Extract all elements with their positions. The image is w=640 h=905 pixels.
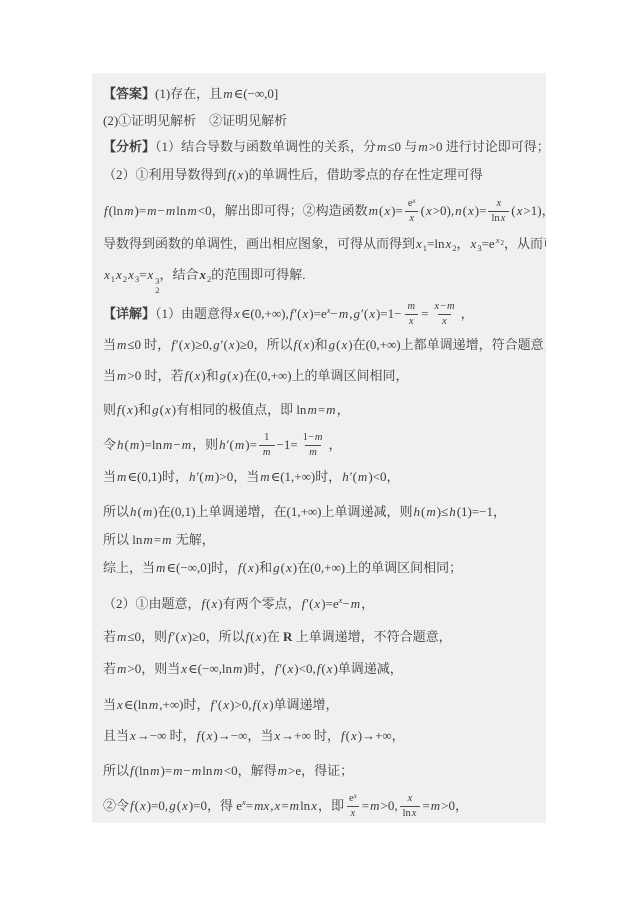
math-var: x (350, 728, 358, 743)
bold-label: 【详解】 (103, 306, 155, 321)
math-var: x (146, 267, 154, 282)
text-run: )在(0,+∞)上都单调递增，符合题意； (348, 337, 546, 352)
text-run: )在(0,+∞)上的单调区间相同； (293, 560, 462, 575)
text-run: ， (337, 402, 350, 417)
math-var: h (448, 504, 457, 519)
math-var: g (328, 337, 337, 352)
text-run: ′( (221, 337, 228, 352)
text-run: ∈(0,+∞), (241, 306, 289, 321)
math-var: m (259, 469, 270, 484)
text-run: )=e (321, 596, 338, 611)
fraction: x−mx (430, 300, 458, 327)
math-var: x (103, 267, 111, 282)
text-run: )在(0,+∞)上的单调区间相同， (239, 368, 408, 383)
math-var: g (272, 560, 281, 575)
fraction-denominator: m (305, 445, 321, 459)
text-run: 且当 (103, 728, 129, 743)
text-run: )≥0，所以 (188, 629, 245, 644)
math-var: m (155, 560, 166, 575)
text-run: <0，解得 (224, 763, 277, 778)
math-var: x (407, 793, 414, 804)
text-run: (ln (109, 203, 123, 218)
math-var: x (116, 697, 124, 712)
math-var: x (496, 198, 503, 209)
math-var: h (129, 504, 138, 519)
text-run: 令 (103, 437, 116, 452)
text-line: 若m≤0，则f′(x)≥0，所以f(x)在 R 上单调递增，不符合题意， (103, 621, 452, 653)
fraction-denominator: x (405, 211, 418, 225)
math-var: x (383, 203, 391, 218)
math-var: m (142, 532, 153, 547)
text-run: ≤0 时， (127, 337, 170, 352)
math-var: m (357, 469, 368, 484)
math-var: m (325, 402, 336, 417)
text-run: )=e (309, 306, 326, 321)
text-run: (2)①证明见解析 ②证明见解析 (103, 113, 287, 128)
fraction: 1−mm (300, 431, 327, 458)
math-var: x (411, 808, 418, 819)
text-run: ②令 (103, 798, 129, 813)
text-run: 综上，当 (103, 560, 155, 575)
math-var: m (181, 437, 192, 452)
math-var: x (183, 337, 191, 352)
math-var: x (500, 213, 507, 224)
text-line: ②令f(x)=0,g(x)=0，得 ex=mx,x=mlnx，即exx=m>0,… (103, 786, 468, 823)
text-run: )<0， (368, 469, 399, 484)
text-run: ′( (279, 661, 286, 676)
text-run: ，从而可得 (504, 236, 546, 251)
math-var: x (467, 203, 475, 218)
document-page: 【答案】(1)存在，且m∈(−∞,0](2)①证明见解析 ②证明见解析【分析】（… (0, 0, 640, 905)
text-run: )单调递增， (269, 697, 338, 712)
math-var: x (228, 337, 236, 352)
bold-label: 【分析】 (103, 139, 155, 154)
text-run: ，结合 (159, 267, 198, 282)
math-var: m (186, 203, 197, 218)
fraction-numerator: ex (405, 197, 419, 210)
text-run: )=0, (147, 798, 168, 813)
text-run: ′( (196, 469, 203, 484)
text-run: )≥0, (191, 337, 212, 352)
text-run: ,+∞)时， (159, 697, 209, 712)
text-run: 1− (303, 432, 314, 443)
fraction: exx (346, 792, 360, 819)
text-run: e (349, 793, 354, 804)
math-var: g (212, 337, 221, 352)
text-run: (ln (135, 763, 149, 778)
math-var: m (148, 697, 159, 712)
text-run: )<0, (294, 661, 315, 676)
math-var: m (277, 763, 288, 778)
text-run: ln (403, 808, 411, 819)
text-run: ， (461, 306, 474, 321)
text-run: >e，得证； (288, 763, 353, 778)
text-run: 1 (264, 432, 269, 443)
text-run: )和 (201, 368, 218, 383)
math-var: x (310, 798, 318, 813)
text-run: )有两个零点， (218, 596, 300, 611)
text-run: )>0, (230, 697, 251, 712)
math-var: m (116, 629, 127, 644)
math-var: m (116, 337, 127, 352)
text-line: 当m>0 时，若f(x)和g(x)在(0,+∞)上的单调区间相同， (103, 360, 409, 392)
text-run: 若 (103, 661, 116, 676)
text-run: , (349, 306, 352, 321)
text-line: 则f(x)和g(x)有相同的极值点，即 lnm=m， (103, 394, 350, 426)
text-run: >0 进行讨论即可得； (429, 139, 546, 154)
text-run: = (422, 798, 429, 813)
text-run: )→−∞，当 (213, 728, 273, 743)
math-var: x (408, 316, 415, 327)
text-run: 无解， (173, 532, 215, 547)
subscript: 1 (111, 274, 115, 284)
text-run: ∈(0,1)时， (127, 469, 188, 484)
text-run: )= (245, 437, 257, 452)
math-var: x (441, 316, 448, 327)
math-var: m (129, 437, 140, 452)
text-run: )≤ (437, 504, 448, 519)
math-var: x (408, 213, 415, 224)
fraction-denominator: x (438, 314, 451, 328)
fraction: 1m (259, 431, 275, 458)
text-line: 所以f(lnm)=m−mlnm<0，解得m>e，得证； (103, 755, 353, 787)
text-run: >0，则当 (127, 661, 180, 676)
text-run: ′( (227, 437, 234, 452)
fraction-denominator: lnx (400, 806, 421, 820)
fraction: exx (405, 197, 419, 224)
math-var: g (168, 798, 177, 813)
fraction-denominator: lnx (488, 211, 509, 225)
math-var: m (430, 798, 441, 813)
text-run: （1）由题意得 (155, 306, 233, 321)
fraction-numerator: x (493, 197, 506, 210)
math-var: m (289, 798, 300, 813)
text-run: ，则 (192, 437, 218, 452)
text-run: >0, (381, 798, 398, 813)
fraction-denominator: x (405, 314, 418, 328)
text-run: (1)=−1， (457, 504, 506, 519)
superscript: x (339, 595, 343, 605)
text-run: >0), (433, 203, 454, 218)
math-var: m (446, 301, 456, 312)
subscript: 2 (123, 274, 127, 284)
superscript: x (354, 792, 357, 800)
superscript: x (327, 305, 331, 315)
text-run: − (158, 203, 165, 218)
text-run: 上单调递增，不符合题意， (292, 629, 451, 644)
subscript: 2 (207, 274, 211, 284)
math-var: m (191, 763, 202, 778)
math-var: g (151, 402, 160, 417)
text-run: 当 (103, 368, 116, 383)
math-var: g (219, 368, 228, 383)
text-run: )= (134, 203, 146, 218)
math-var: m (306, 402, 317, 417)
math-var: h (116, 437, 125, 452)
bold-label: 【答案】 (103, 86, 155, 101)
text-run: )>0，当 (215, 469, 259, 484)
math-var: x (180, 629, 188, 644)
text-run: − (173, 437, 180, 452)
math-var: m (116, 661, 127, 676)
fraction: xlnx (488, 197, 509, 224)
math-var: x (285, 560, 293, 575)
math-var: x (164, 402, 172, 417)
subscript: 2 (500, 239, 504, 247)
text-run: )在(0,1)上单调递增，在(1,+∞)上单调递减，则 (153, 504, 412, 519)
text-run: （2）①由题意， (103, 596, 201, 611)
math-var: x (368, 306, 376, 321)
text-run: （1）结合导数与函数单调性的关系，分 (155, 139, 376, 154)
math-var: m (425, 504, 436, 519)
text-run: ∈(−∞,0]时， (166, 560, 237, 575)
text-run: ( (250, 629, 254, 644)
text-run: ( (511, 203, 515, 218)
text-line: 若m>0，则当x∈(−∞,lnm)时，f′(x)<0,f(x)单调递减， (103, 653, 403, 685)
fraction-numerator: ex (346, 792, 360, 805)
text-run: )=1− (376, 306, 402, 321)
text-line: 且当x→−∞ 时，f(x)→−∞，当x→+∞ 时，f(x)→+∞， (103, 720, 405, 752)
text-run: ， (457, 236, 470, 251)
text-line: 当m≤0 时，f′(x)≥0,g′(x)≥0，所以f(x)和g(x)在(0,+∞… (103, 329, 546, 361)
text-run: (1)存在，且 (155, 86, 222, 101)
superscript: x (242, 797, 246, 807)
math-var: m (417, 139, 428, 154)
text-run: − (184, 763, 191, 778)
solution-sheet: 【答案】(1)存在，且m∈(−∞,0](2)①证明见解析 ②证明见解析【分析】（… (92, 73, 546, 823)
text-run: = (421, 306, 428, 321)
text-run: ( (298, 337, 302, 352)
math-var: x (139, 798, 147, 813)
text-run: >0 时，若 (127, 368, 183, 383)
fraction: mx (403, 300, 419, 327)
subscript: 1 (423, 243, 427, 253)
text-line: 当m∈(0,1)时，h′(m)>0，当m∈(1,+∞)时，h′(m)<0， (103, 461, 399, 493)
text-run: =e (482, 236, 495, 251)
superscript: x2 (495, 235, 504, 245)
math-var: h (413, 504, 422, 519)
subscript: 2 (452, 243, 456, 253)
text-run: ≤0，则 (127, 629, 167, 644)
text-run: − (331, 306, 338, 321)
subscript: 3 (135, 274, 139, 284)
text-run: − (342, 596, 349, 611)
text-run: )=0，得 e (189, 798, 242, 813)
text-run: →−∞ 时， (137, 728, 196, 743)
text-line: 【详解】（1）由题意得x∈(0,+∞),f′(x)=ex−m,g′(x)=1−m… (103, 294, 474, 334)
text-run: ln (300, 798, 310, 813)
math-var: m (222, 86, 233, 101)
text-run: ′( (173, 629, 180, 644)
bold-label: R (283, 629, 292, 644)
fraction-numerator: m (403, 300, 419, 313)
text-run: >0， (441, 798, 468, 813)
math-var: x (180, 661, 188, 676)
text-run: →+∞ 时， (281, 728, 340, 743)
math-var: x (181, 798, 189, 813)
text-run: ， (361, 596, 374, 611)
text-line: （2）①利用导数得到f(x)的单调性后，借助零点的存在性定理可得 (103, 159, 483, 191)
superscript: x (412, 197, 415, 205)
fraction-numerator: 1 (261, 431, 272, 444)
text-run: ln (176, 203, 186, 218)
math-var: m (376, 139, 387, 154)
math-var: m (369, 798, 380, 813)
text-line: f(lnm)=m−mlnm<0，解出即可得；②构造函数m(x)=exx(x>0)… (103, 191, 546, 231)
text-line: 当x∈(lnm,+∞)时，f′(x)>0,f(x)单调递增， (103, 689, 339, 721)
math-var: m (212, 763, 223, 778)
text-run: ≤0 与 (387, 139, 417, 154)
text-line: 综上，当m∈(−∞,0]时，f(x)和g(x)在(0,+∞)上的单调区间相同； (103, 552, 462, 584)
text-run: ∈(−∞,ln (188, 661, 232, 676)
text-run: )的单调性后，借助零点的存在性定理可得 (244, 167, 482, 182)
math-var: g (353, 306, 362, 321)
math-var: m (308, 447, 318, 458)
math-var: x (129, 728, 137, 743)
text-run: )= (391, 203, 403, 218)
text-run: ， (328, 437, 341, 452)
text-run: )= (160, 763, 172, 778)
text-run: )→+∞， (358, 728, 405, 743)
text-run: )和 (310, 337, 327, 352)
math-var: m (165, 203, 176, 218)
text-run: )= (475, 203, 487, 218)
text-run: ∈(ln (124, 697, 148, 712)
math-var: x (127, 267, 135, 282)
fraction: xlnx (400, 792, 421, 819)
text-run: )和 (255, 560, 272, 575)
math-var: m (234, 437, 245, 452)
text-run: 所以 (103, 763, 129, 778)
text-run: )单调递减， (333, 661, 402, 676)
math-var: h (218, 437, 227, 452)
math-var: m (162, 437, 173, 452)
math-var: m (368, 203, 379, 218)
math-var: m (142, 504, 153, 519)
text-run: 当 (103, 337, 116, 352)
text-line: x1x2x3=x32，结合x2的范围即可得解. (103, 259, 306, 291)
text-run: 所以 ln (103, 532, 142, 547)
fraction-denominator: x (347, 806, 360, 820)
fraction-numerator: x (404, 792, 417, 805)
text-run: )时， (243, 661, 273, 676)
math-var: m (146, 203, 157, 218)
text-run: −1= (277, 437, 298, 452)
math-var-bold: x (198, 267, 207, 282)
text-run: )≥0，所以 (236, 337, 293, 352)
math-var: m (232, 661, 243, 676)
text-run: 所以 (103, 504, 129, 519)
math-var: m (314, 432, 324, 443)
text-run: ∈(−∞,0] (234, 86, 279, 101)
text-run: = (281, 798, 288, 813)
math-var: m (338, 306, 349, 321)
math-var: n (454, 203, 463, 218)
text-run: ′( (350, 469, 357, 484)
math-var: m (350, 596, 361, 611)
math-var: m (204, 469, 215, 484)
text-run: ∈(1,+∞)时， (271, 469, 342, 484)
math-var: m (172, 763, 183, 778)
text-run: 的范围即可得解. (211, 267, 305, 282)
text-run: )有相同的极值点，即 ln (172, 402, 307, 417)
math-var: m (123, 203, 134, 218)
text-run: = (362, 798, 369, 813)
text-run: <0，解出即可得；②构造函数 (198, 203, 368, 218)
text-run: ln (202, 763, 212, 778)
math-var: x (415, 236, 423, 251)
text-run: ( (201, 728, 205, 743)
text-run: 若 (103, 629, 116, 644)
math-var: m (116, 469, 127, 484)
text-run: ，即 (318, 798, 344, 813)
text-run: = (154, 532, 161, 547)
math-var: m (161, 532, 172, 547)
text-run: ln (491, 213, 499, 224)
text-line: （2）①由题意，f(x)有两个零点，f′(x)=ex−m， (103, 588, 374, 620)
text-run: )和 (134, 402, 151, 417)
math-var: mx (253, 798, 270, 813)
math-var: x (425, 203, 433, 218)
math-var: x (273, 728, 281, 743)
text-line: 令h(m)=lnm−m，则h′(m)=1m−1=1−mm， (103, 425, 341, 465)
text-run: )=ln (140, 437, 162, 452)
text-run: >1)，结合 (523, 203, 546, 218)
text-run: =ln (427, 236, 444, 251)
text-line: 导数得到函数的单调性，画出相应图象，可得从而得到x1=lnx2，x3=ex2，从… (103, 228, 546, 260)
text-run: )在 (262, 629, 283, 644)
math-var: x (222, 697, 230, 712)
math-var: m (149, 763, 160, 778)
math-var: m (116, 368, 127, 383)
text-run: 当 (103, 469, 116, 484)
math-var: x (115, 267, 123, 282)
text-run: ′( (294, 306, 301, 321)
fraction-denominator: m (259, 445, 275, 459)
math-var: m (262, 447, 272, 458)
math-var: x (233, 306, 241, 321)
text-run: （2）①利用导数得到 (103, 167, 227, 182)
math-var: m (406, 301, 416, 312)
math-var: x (350, 808, 357, 819)
text-run: 则 (103, 402, 116, 417)
math-var: h (341, 469, 350, 484)
math-var: x (126, 402, 134, 417)
text-run: 当 (103, 697, 116, 712)
subscript: 3 (477, 243, 481, 253)
fraction-numerator: x−m (430, 300, 458, 313)
text-run: 导数得到函数的单调性，画出相应图象，可得从而得到 (103, 236, 415, 251)
fraction-numerator: 1−m (300, 431, 327, 444)
math-var: x (247, 560, 255, 575)
